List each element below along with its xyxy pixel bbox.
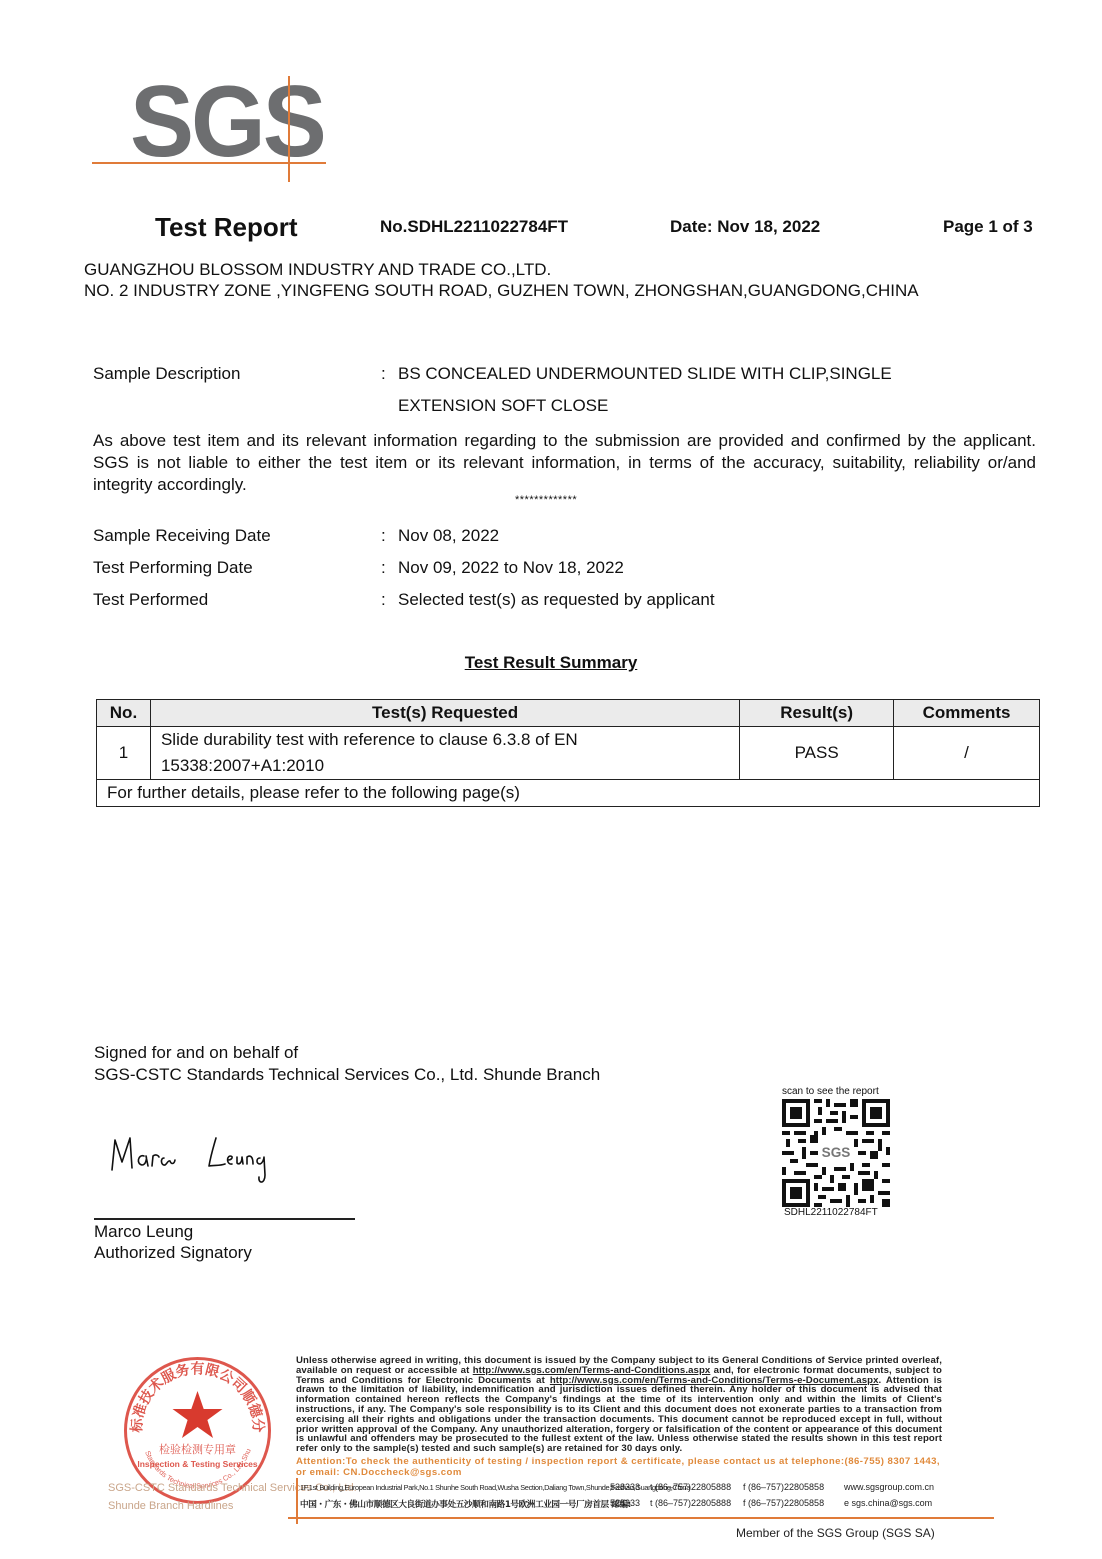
address-cn: 中国・广东・佛山市顺德区大良街道办事处五沙顺和南路1号欧洲工业园一号厂房首层 邮… [300, 1498, 631, 1510]
stamp-center-en: Inspection & Testing Services [137, 1459, 258, 1469]
field-colon: : [381, 364, 386, 384]
footer-horizontal-rule [288, 1517, 994, 1519]
qr-code-icon[interactable]: SGS [782, 1099, 890, 1207]
client-block: GUANGZHOU BLOSSOM INDUSTRY AND TRADE CO.… [84, 259, 919, 301]
table-row: 1 Slide durability test with reference t… [97, 727, 1040, 780]
test-performed-label: Test Performed [93, 590, 208, 610]
stamp-center-cn: 检验检测专用章 [159, 1442, 236, 1456]
email-link[interactable]: e sgs.china@sgs.com [844, 1498, 932, 1508]
col-header-no: No. [97, 700, 151, 727]
page-indicator: Page 1 of 3 [943, 217, 1033, 237]
legal-text-3: . Attention is drawn to the limitation o… [296, 1375, 942, 1455]
report-number: No.SDHL2211022784FT [380, 217, 568, 237]
separator-stars: ************* [515, 494, 577, 506]
qr-caption: scan to see the report [782, 1086, 879, 1097]
results-table: No. Test(s) Requested Result(s) Comments… [96, 699, 1040, 807]
performing-date-value: Nov 09, 2022 to Nov 18, 2022 [398, 558, 624, 578]
summary-title: Test Result Summary [465, 653, 638, 672]
qr-center-label: SGS [822, 1145, 851, 1160]
sgs-logo: SGS [130, 72, 324, 173]
telephone-cn: t (86–757)22805888 [650, 1498, 731, 1508]
table-header-row: No. Test(s) Requested Result(s) Comments [97, 700, 1040, 727]
signature-line [94, 1218, 355, 1220]
sample-description-line1: BS CONCEALED UNDERMOUNTED SLIDE WITH CLI… [398, 364, 892, 384]
test-performed-value: Selected test(s) as requested by applica… [398, 590, 715, 610]
logo-horizontal-rule [92, 162, 326, 164]
col-header-result: Result(s) [740, 700, 894, 727]
report-date: Date: Nov 18, 2022 [670, 217, 820, 237]
summary-heading: Test Result Summary [0, 653, 1102, 673]
footer-address-cn-row: 中国・广东・佛山市顺德区大良街道办事处五沙顺和南路1号欧洲工业园一号厂房首层 邮… [298, 1498, 948, 1510]
fax-cn: f (86–757)22805858 [743, 1498, 824, 1508]
cell-test: Slide durability test with reference to … [150, 727, 739, 780]
col-header-comments: Comments [894, 700, 1040, 727]
sgs-group-member: Member of the SGS Group (SGS SA) [736, 1526, 935, 1540]
client-name: GUANGZHOU BLOSSOM INDUSTRY AND TRADE CO.… [84, 259, 919, 280]
field-colon: : [381, 526, 386, 546]
logo-vertical-rule [288, 76, 290, 182]
receiving-date-label: Sample Receiving Date [93, 526, 271, 546]
signatory-role: Authorized Signatory [94, 1242, 252, 1263]
signatory-name: Marco Leung [94, 1221, 252, 1242]
col-header-test: Test(s) Requested [150, 700, 739, 727]
website-link[interactable]: www.sgsgroup.com.cn [844, 1482, 934, 1492]
cell-no: 1 [97, 727, 151, 780]
signed-line1: Signed for and on behalf of [94, 1042, 600, 1064]
table-footer-row: For further details, please refer to the… [97, 780, 1040, 807]
client-address: NO. 2 INDUSTRY ZONE ,YINGFENG SOUTH ROAD… [84, 280, 919, 301]
document-title: Test Report [155, 212, 298, 243]
telephone: t (86–757)22805888 [650, 1482, 731, 1492]
postcode-cn: 528333 [610, 1498, 640, 1508]
footer-address-en-row: 1F,1st Building,European Industrial Park… [298, 1482, 948, 1494]
performing-date-label: Test Performing Date [93, 558, 253, 578]
legal-terms: Unless otherwise agreed in writing, this… [296, 1356, 942, 1454]
cell-result: PASS [740, 727, 894, 780]
postcode: 528333 [610, 1482, 640, 1492]
applicant-disclaimer: As above test item and its relevant info… [93, 430, 1036, 496]
field-colon: : [381, 590, 386, 610]
sample-description-label: Sample Description [93, 364, 240, 384]
test-line2: 15338:2007+A1:2010 [161, 753, 729, 779]
qr-report-id: SDHL2211022784FT [784, 1207, 878, 1218]
handwritten-signature [108, 1130, 278, 1190]
signed-on-behalf: Signed for and on behalf of SGS-CSTC Sta… [94, 1042, 600, 1086]
cell-comments: / [894, 727, 1040, 780]
sample-description-line2: EXTENSION SOFT CLOSE [398, 396, 608, 416]
field-colon: : [381, 558, 386, 578]
authenticity-notice: Attention:To check the authenticity of t… [296, 1456, 942, 1478]
test-line1: Slide durability test with reference to … [161, 727, 729, 753]
signed-line2: SGS-CSTC Standards Technical Services Co… [94, 1064, 600, 1086]
fax: f (86–757)22805858 [743, 1482, 824, 1492]
cell-further-details: For further details, please refer to the… [97, 780, 1040, 807]
signatory-block: Marco Leung Authorized Signatory [94, 1221, 252, 1263]
receiving-date-value: Nov 08, 2022 [398, 526, 499, 546]
